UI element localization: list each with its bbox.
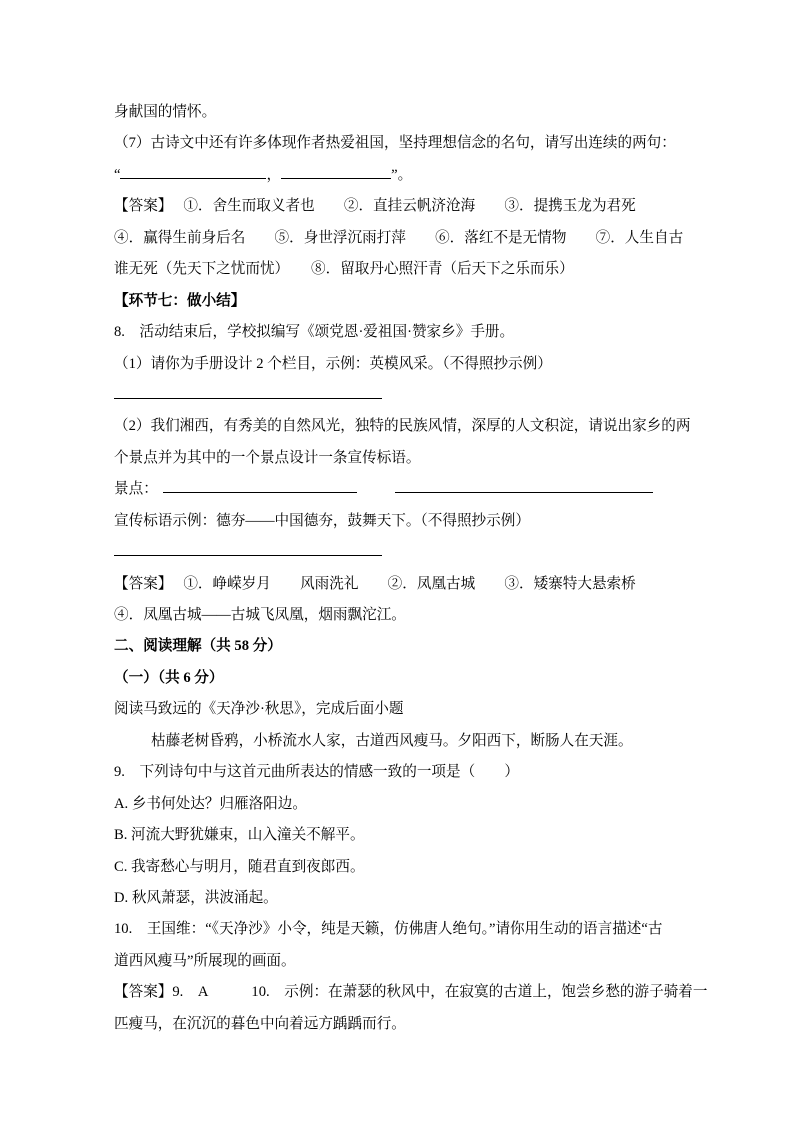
reading-instruction: 阅读马致远的《天净沙·秋思》，完成后面小题 bbox=[114, 694, 689, 725]
question-8-part-1: （1）请你为手册设计 2 个栏目，示例：英模风采。（不得照抄示例） bbox=[114, 349, 689, 380]
fill-in-blank bbox=[395, 477, 653, 493]
answer-7-line-2: ④．赢得生前身后名 ⑤．身世浮沉雨打萍 ⑥．落红不是无情物 ⑦．人生自古 bbox=[114, 223, 689, 254]
option-d: D. 秋风萧瑟，洪波涌起。 bbox=[114, 883, 689, 914]
fill-in-blank bbox=[163, 477, 357, 493]
fill-in-blank bbox=[281, 163, 391, 179]
section-7-heading: 【环节七：做小结】 bbox=[114, 286, 689, 317]
part-2-answer-blank-line bbox=[114, 537, 689, 568]
fill-in-blank bbox=[120, 163, 266, 179]
answer-7-line-1: 【答案】 ①．舍生而取义者也 ②．直挂云帆济沧海 ③．提携玉龙为君死 bbox=[114, 191, 689, 222]
document-content: 身献国的情怀。 （7）古诗文中还有许多体现作者热爱祖国，坚持理想信念的名句，请写… bbox=[114, 97, 689, 1040]
option-c: C. 我寄愁心与明月，随君直到夜郎西。 bbox=[114, 852, 689, 883]
question-10-line-2: 道西风瘦马”所展现的画面。 bbox=[114, 946, 689, 977]
fill-in-blank bbox=[114, 383, 382, 399]
option-b: B. 河流大野犹嫌束，山入潼关不解平。 bbox=[114, 820, 689, 851]
section-2-reading-heading: 二、阅读理解（共 58 分） bbox=[114, 631, 689, 662]
document-page: 身献国的情怀。 （7）古诗文中还有许多体现作者热爱祖国，坚持理想信念的名句，请写… bbox=[0, 0, 794, 1123]
question-9: 9. 下列诗句中与这首元曲所表达的情感一致的一项是（ ） bbox=[114, 757, 689, 788]
close-quote: ”。 bbox=[391, 167, 412, 183]
answer-9-10-line-2: 匹瘦马，在沉沉的暮色中向着远方踽踽而行。 bbox=[114, 1009, 689, 1040]
question-7-blank-line: “，”。 bbox=[114, 160, 689, 191]
answer-8-line-1: 【答案】 ①．峥嵘岁月 风雨洗礼 ②．凤凰古城 ③．矮寨特大悬索桥 bbox=[114, 569, 689, 600]
question-8-part-2-line-1: （2）我们湘西，有秀美的自然风光，独特的民族风情，深厚的人文积淀，请说出家乡的两 bbox=[114, 411, 689, 442]
slogan-example-line: 宣传标语示例：德夯——中国德夯，鼓舞天下。（不得照抄示例） bbox=[114, 506, 689, 537]
patriotic-sentence-continuation: 身献国的情怀。 bbox=[114, 97, 689, 128]
question-8-intro: 8. 活动结束后，学校拟编写《颂党恩·爱祖国·赞家乡》手册。 bbox=[114, 317, 689, 348]
fill-in-blank bbox=[114, 540, 382, 556]
question-7-prompt: （7）古诗文中还有许多体现作者热爱祖国，坚持理想信念的名句，请写出连续的两句： bbox=[114, 128, 689, 159]
part-1-answer-blank-line bbox=[114, 380, 689, 411]
poem-text: 枯藤老树昏鸦，小桥流水人家，古道西风瘦马。夕阳西下，断肠人在天涯。 bbox=[114, 726, 689, 757]
option-a: A. 乡书何处达？归雁洛阳边。 bbox=[114, 789, 689, 820]
comma: ， bbox=[266, 167, 281, 183]
answer-8-line-2: ④．凤凰古城——古城飞凤凰，烟雨飘沱江。 bbox=[114, 600, 689, 631]
question-10-line-1: 10. 王国维：“《天净沙》小令，纯是天籁，仿佛唐人绝句。”请你用生动的语言描述… bbox=[114, 914, 689, 945]
scenic-spots-label: 景点： bbox=[114, 481, 158, 497]
question-8-part-2-line-2: 个景点并为其中的一个景点设计一条宣传标语。 bbox=[114, 443, 689, 474]
answer-9-10-line-1: 【答案】9. A 10. 示例：在萧瑟的秋风中，在寂寞的古道上，饱尝乡愁的游子骑… bbox=[114, 977, 689, 1008]
subsection-1-heading: （一）（共 6 分） bbox=[114, 663, 689, 694]
scenic-spots-blank-line: 景点： bbox=[114, 474, 689, 505]
answer-7-line-3: 谁无死（先天下之忧而忧） ⑧．留取丹心照汗青（后天下之乐而乐） bbox=[114, 254, 689, 285]
